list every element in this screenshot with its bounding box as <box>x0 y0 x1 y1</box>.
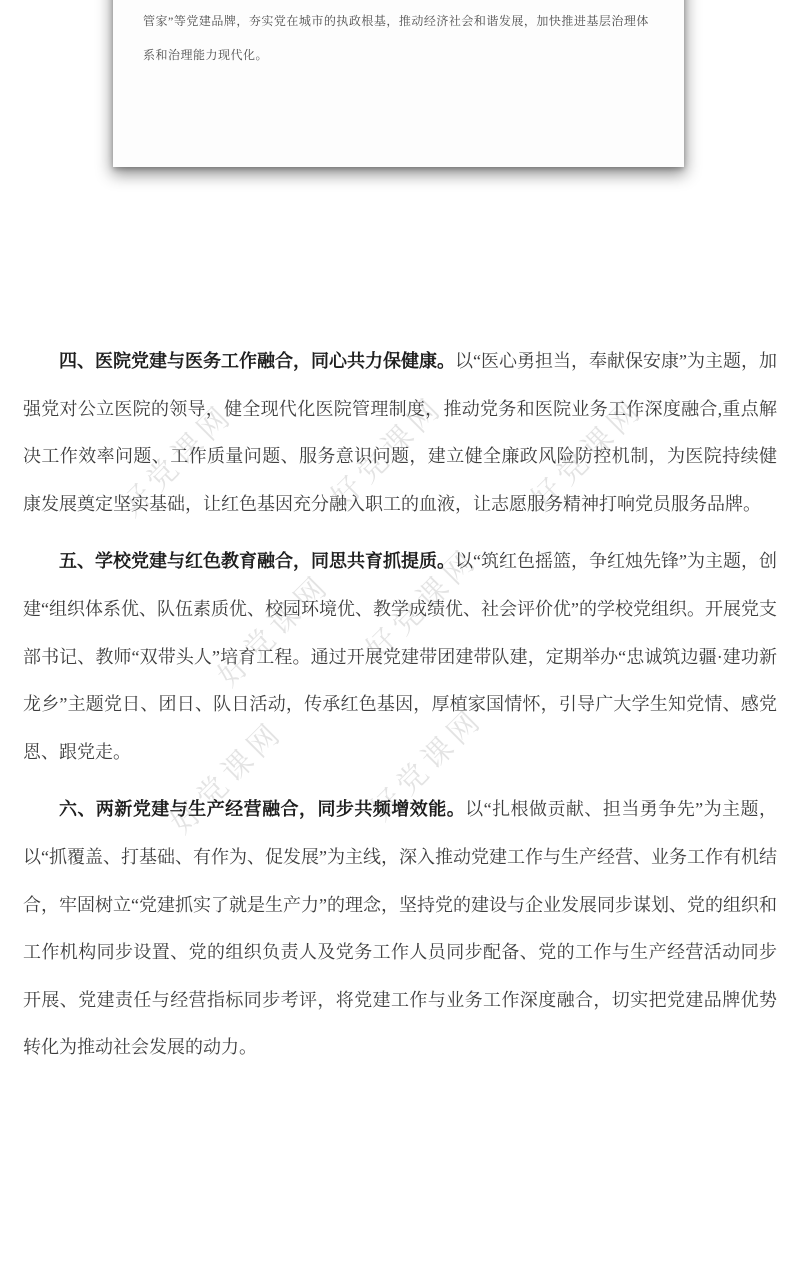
paragraph-heading: 五、学校党建与红色教育融合，同思共育抓提质。 <box>59 551 455 571</box>
paragraph-section-6: 六、两新党建与生产经营融合，同步共频增效能。以“扎根做贡献、担当勇争先”为主题，… <box>23 786 777 1072</box>
paragraph-heading: 六、两新党建与生产经营融合，同步共频增效能。 <box>59 799 465 819</box>
paragraph-section-4: 四、医院党建与医务工作融合，同心共力保健康。以“医心勇担当，奉献保安康”为主题，… <box>23 338 777 528</box>
sheet-text-line: 管家”等党建品牌，夯实党在城市的执政根基，推动经济社会和谐发展，加快推进基层治理… <box>143 4 650 38</box>
document-body: 四、医院党建与医务工作融合，同心共力保健康。以“医心勇担当，奉献保安康”为主题，… <box>23 338 777 1082</box>
paragraph-heading: 四、医院党建与医务工作融合，同心共力保健康。 <box>59 351 455 371</box>
paragraph-section-5: 五、学校党建与红色教育融合，同思共育抓提质。以“筑红色摇篮，争红烛先锋”为主题，… <box>23 538 777 776</box>
sheet-text-line: 系和治理能力现代化。 <box>143 38 650 72</box>
paragraph-text: 以“扎根做贡献、担当勇争先”为主题，以“抓覆盖、打基础、有作为、促发展”为主线，… <box>23 799 777 1057</box>
paragraph-text: 以“筑红色摇篮，争红烛先锋”为主题，创建“组织体系优、队伍素质优、校园环境优、教… <box>23 551 777 761</box>
sheet-text-block: 管家”等党建品牌，夯实党在城市的执政根基，推动经济社会和谐发展，加快推进基层治理… <box>113 0 684 72</box>
previous-page-sheet: 管家”等党建品牌，夯实党在城市的执政根基，推动经济社会和谐发展，加快推进基层治理… <box>113 0 684 167</box>
paragraph-text: 以“医心勇担当，奉献保安康”为主题，加强党对公立医院的领导，健全现代化医院管理制… <box>23 351 777 514</box>
